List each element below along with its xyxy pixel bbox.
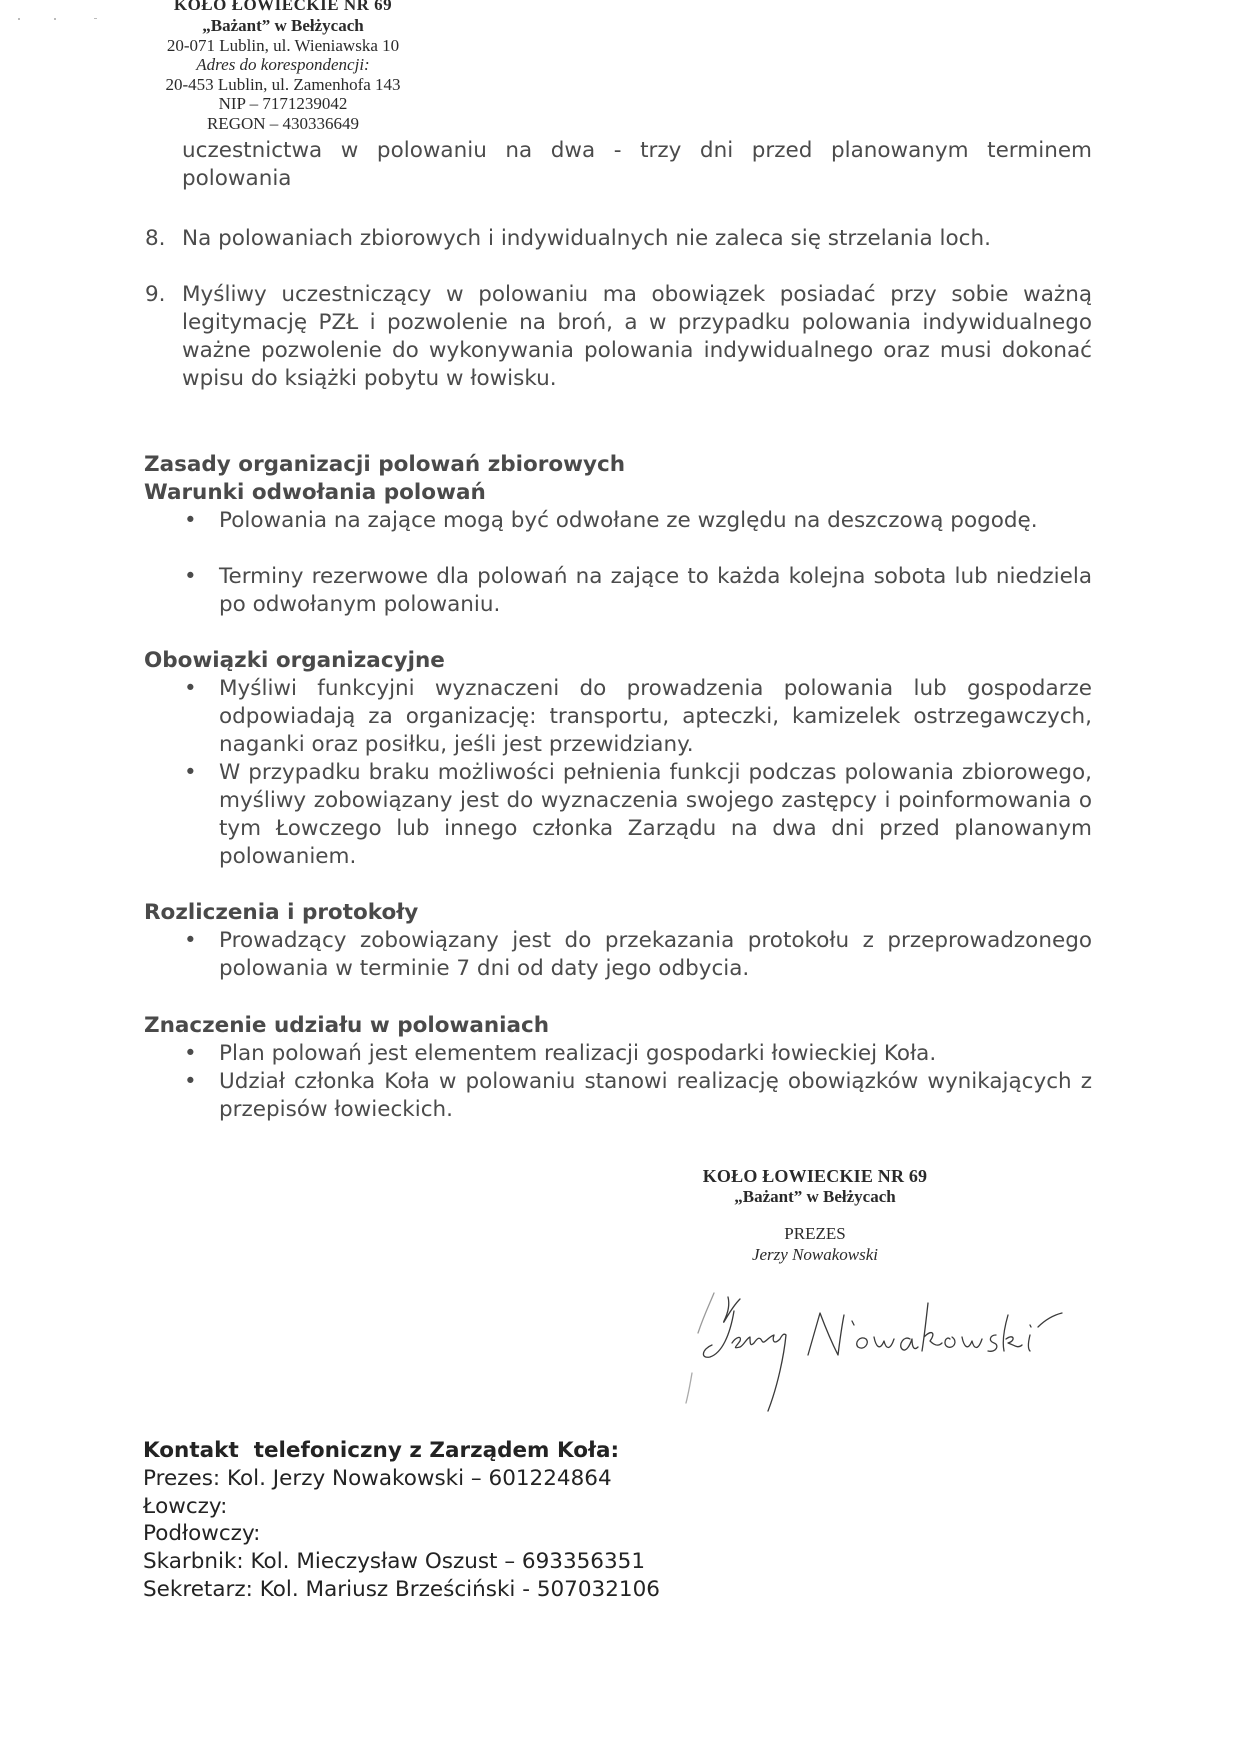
stamp-correspondence-label: Adres do korespondencji: [133, 55, 433, 75]
signature-stamp-role: PREZES [660, 1224, 970, 1244]
section-heading-rozliczenia: Rozliczenia i protokoły [144, 899, 418, 927]
bullet-icon: • [184, 563, 197, 591]
bullet-text: Udział członka Koła w polowaniu stanowi … [219, 1068, 1092, 1124]
signature-stamp-org-sub: „Bażant” w Bełżycach [660, 1187, 970, 1207]
stamp-correspondence-address: 20-453 Lublin, ul. Zamenhofa 143 [133, 75, 433, 95]
bullet-icon: • [184, 1068, 197, 1096]
item-7-continuation: uczestnictwa w polowaniu na dwa - trzy d… [182, 137, 1092, 193]
section-heading-zasady: Zasady organizacji polowań zbiorowych [144, 451, 625, 479]
stamp-regon: REGON – 430336649 [133, 114, 433, 134]
signature-stamp-org: KOŁO ŁOWIECKIE NR 69 [660, 1165, 970, 1187]
contact-line-lowczy: Łowczy: [143, 1493, 660, 1521]
bullet-item: • Udział członka Koła w polowaniu stanow… [219, 1068, 1092, 1124]
bullet-text: Myśliwi funkcyjni wyznaczeni do prowadze… [219, 675, 1092, 759]
item-text: Na polowaniach zbiorowych i indywidualny… [182, 225, 1092, 253]
document-page: KOŁO ŁOWIECKIE NR 69 „Bażant” w Bełżycac… [0, 0, 1240, 1753]
section-heading-warunki: Warunki odwołania polowań [144, 479, 486, 507]
bullet-icon: • [184, 675, 197, 703]
scan-specks [18, 18, 108, 24]
bullet-icon: • [184, 927, 197, 955]
item-number: 9. [145, 281, 166, 309]
contact-line-prezes: Prezes: Kol. Jerzy Nowakowski – 60122486… [143, 1465, 660, 1493]
bullet-text: Plan polowań jest elementem realizacji g… [219, 1040, 1092, 1068]
bullet-item: • Myśliwi funkcyjni wyznaczeni do prowad… [219, 675, 1092, 759]
continuation-line-1: uczestnictwa w polowaniu na dwa - trzy d… [182, 137, 1092, 165]
contact-line-sekretarz: Sekretarz: Kol. Mariusz Brześciński - 50… [143, 1576, 660, 1604]
stamp-nip: NIP – 7171239042 [133, 94, 433, 114]
section-heading-obowiazki: Obowiązki organizacyjne [144, 647, 445, 675]
stamp-org-name: KOŁO ŁOWIECKIE NR 69 [133, 0, 433, 16]
section-heading-znaczenie: Znaczenie udziału w polowaniach [144, 1012, 549, 1040]
bullet-text: Polowania na zające mogą być odwołane ze… [219, 507, 1092, 535]
item-number: 8. [145, 225, 166, 253]
bullet-item: • Plan polowań jest elementem realizacji… [219, 1040, 1092, 1068]
continuation-line-2: polowania [182, 165, 1092, 193]
header-stamp: KOŁO ŁOWIECKIE NR 69 „Bażant” w Bełżycac… [133, 0, 433, 133]
bullet-icon: • [184, 1040, 197, 1068]
signature-stamp-name: Jerzy Nowakowski [660, 1244, 970, 1266]
bullet-item: • Polowania na zające mogą być odwołane … [219, 507, 1092, 535]
signature-stamp: KOŁO ŁOWIECKIE NR 69 „Bażant” w Bełżycac… [660, 1165, 970, 1266]
handwritten-signature-icon [670, 1285, 1070, 1415]
bullet-icon: • [184, 507, 197, 535]
stamp-org-sub: „Bażant” w Bełżycach [133, 16, 433, 36]
contact-title: Kontakt telefoniczny z Zarządem Koła: [143, 1437, 660, 1465]
bullet-text: W przypadku braku możliwości pełnienia f… [219, 759, 1092, 871]
bullet-icon: • [184, 759, 197, 787]
numbered-item-8: 8. Na polowaniach zbiorowych i indywidua… [182, 225, 1092, 253]
contact-block: Kontakt telefoniczny z Zarządem Koła: Pr… [143, 1437, 660, 1604]
numbered-item-9: 9. Myśliwy uczestniczący w polowaniu ma … [182, 281, 1092, 393]
contact-line-skarbnik: Skarbnik: Kol. Mieczysław Oszust – 69335… [143, 1548, 660, 1576]
bullet-text: Terminy rezerwowe dla polowań na zające … [219, 563, 1092, 619]
stamp-address: 20-071 Lublin, ul. Wieniawska 10 [133, 36, 433, 56]
contact-line-podlowczy: Podłowczy: [143, 1520, 660, 1548]
bullet-text: Prowadzący zobowiązany jest do przekazan… [219, 927, 1092, 983]
bullet-item: • Prowadzący zobowiązany jest do przekaz… [219, 927, 1092, 983]
bullet-item: • W przypadku braku możliwości pełnienia… [219, 759, 1092, 871]
bullet-item: • Terminy rezerwowe dla polowań na zając… [219, 563, 1092, 619]
item-text: Myśliwy uczestniczący w polowaniu ma obo… [182, 281, 1092, 393]
